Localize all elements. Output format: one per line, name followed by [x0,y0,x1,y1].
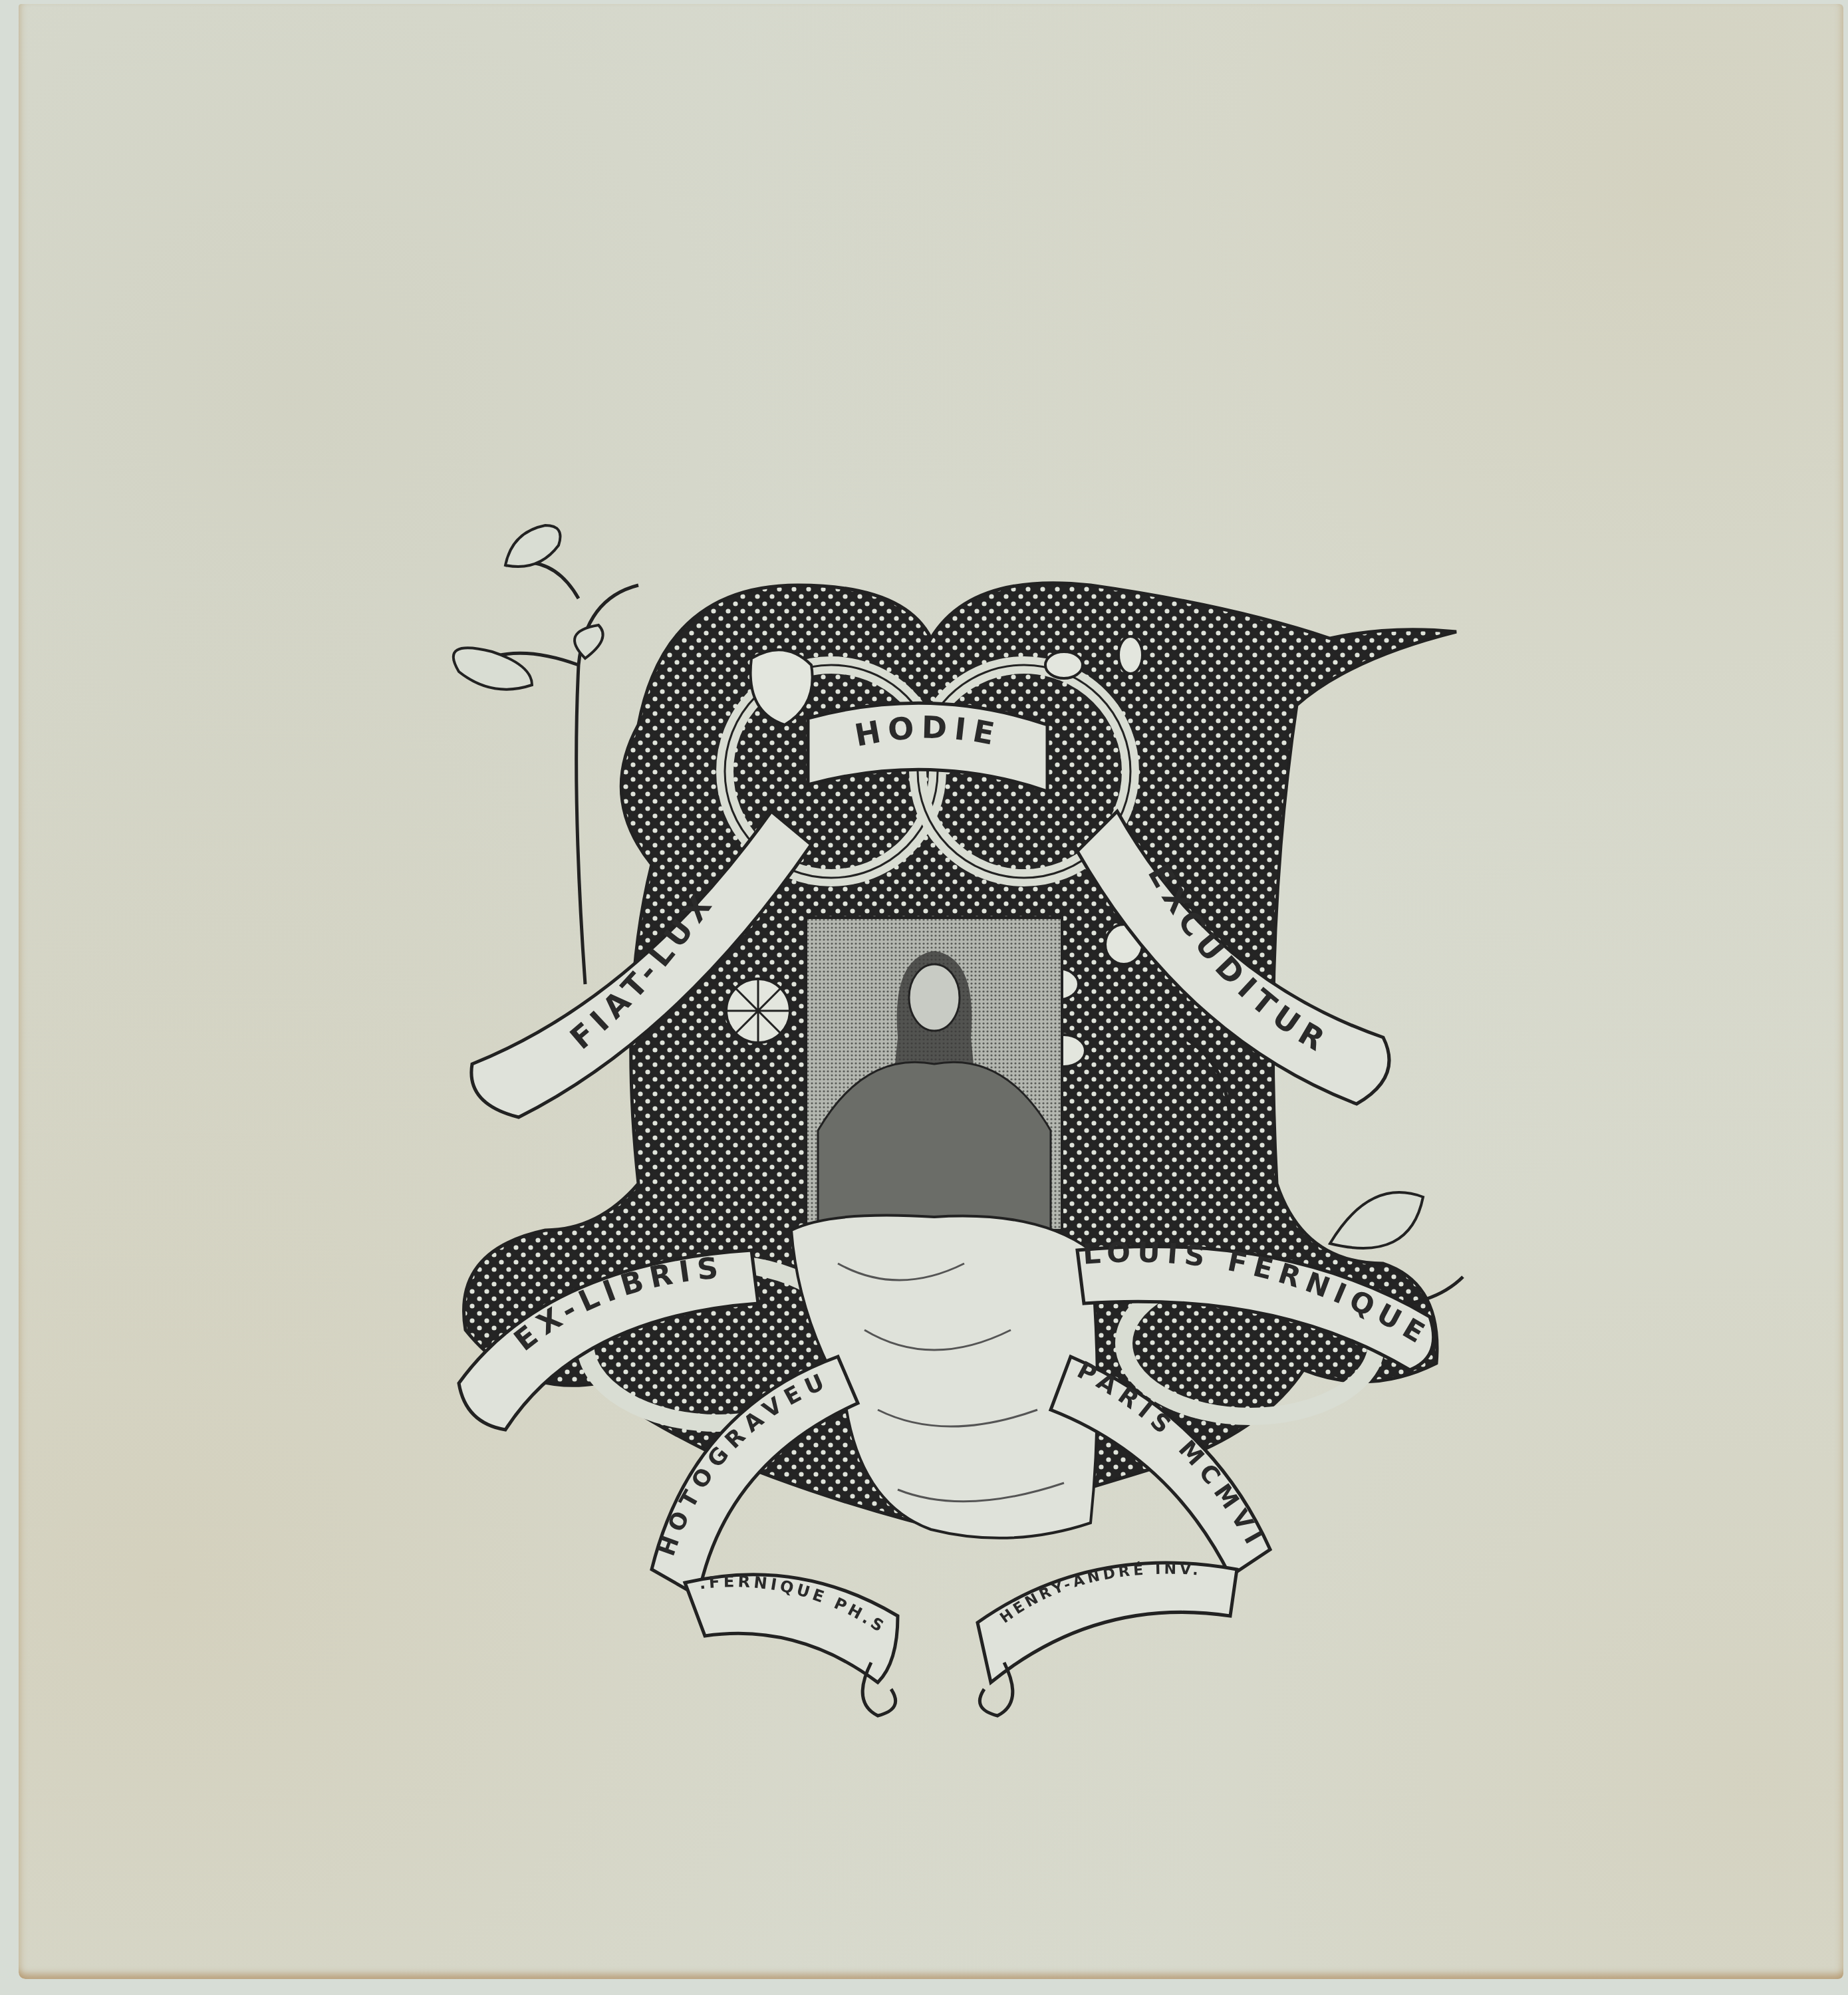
bookplate-illustration: HODIE FIAT-LUX EXCUDITUR EX-LIBRIS LOUIS… [0,0,1848,1995]
